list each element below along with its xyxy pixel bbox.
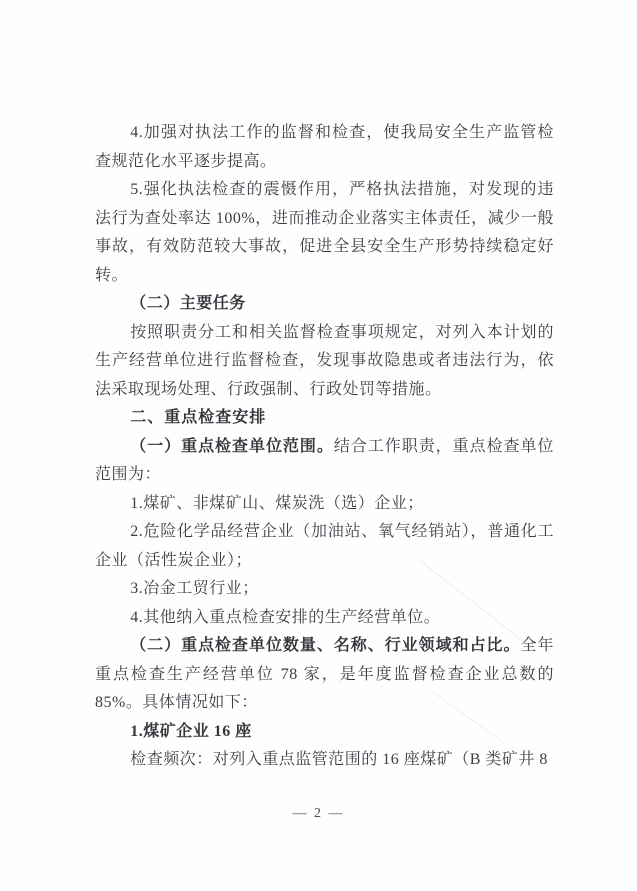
paragraph-inspection-frequency: 检查频次：对列入重点监管范围的 16 座煤矿（B 类矿井 8: [95, 746, 554, 775]
section-heading-key-inspection-arrangement: 二、重点检查安排: [95, 404, 554, 433]
document-page: 4.加强对执法工作的监督和检查，使我局安全生产监管检查规范化水平逐步提高。 5.…: [0, 0, 637, 891]
list-item-other-units: 4.其他纳入重点检查安排的生产经营单位。: [95, 604, 554, 633]
paragraph-duty-division: 按照职责分工和相关监督检查事项规定，对列入本计划的生产经营单位进行监督检查，发现…: [95, 319, 554, 405]
document-body: 4.加强对执法工作的监督和检查，使我局安全生产监管检查规范化水平逐步提高。 5.…: [95, 119, 554, 775]
paragraph-enforcement-deterrence: 5.强化执法检查的震慑作用，严格执法措施，对发现的违法行为查处率达 100%，进…: [95, 176, 554, 290]
list-item-coal-mines: 1.煤矿、非煤矿山、煤炭洗（选）企业；: [95, 490, 554, 519]
list-item-hazardous-chemicals: 2.危险化学品经营企业（加油站、氧气经销站），普通化工企业（活性炭企业）；: [95, 518, 554, 575]
page-number: — 2 —: [0, 806, 637, 822]
list-item-metallurgy-trade: 3.冶金工贸行业；: [95, 575, 554, 604]
paragraph-lead-bold: （二）重点检查单位数量、名称、行业领域和占比。: [130, 637, 520, 654]
paragraph-lead-bold: （一）重点检查单位范围。: [130, 438, 334, 455]
paragraph-enforcement-supervision: 4.加强对执法工作的监督和检查，使我局安全生产监管检查规范化水平逐步提高。: [95, 119, 554, 176]
subsection-heading-coal-mine-enterprises: 1.煤矿企业 16 座: [95, 718, 554, 747]
paragraph-key-inspection-unit-scope: （一）重点检查单位范围。结合工作职责，重点检查单位范围为：: [95, 433, 554, 490]
section-heading-main-tasks: （二）主要任务: [95, 290, 554, 319]
paragraph-key-inspection-unit-stats: （二）重点检查单位数量、名称、行业领域和占比。全年重点检查生产经营单位 78 家…: [95, 632, 554, 718]
